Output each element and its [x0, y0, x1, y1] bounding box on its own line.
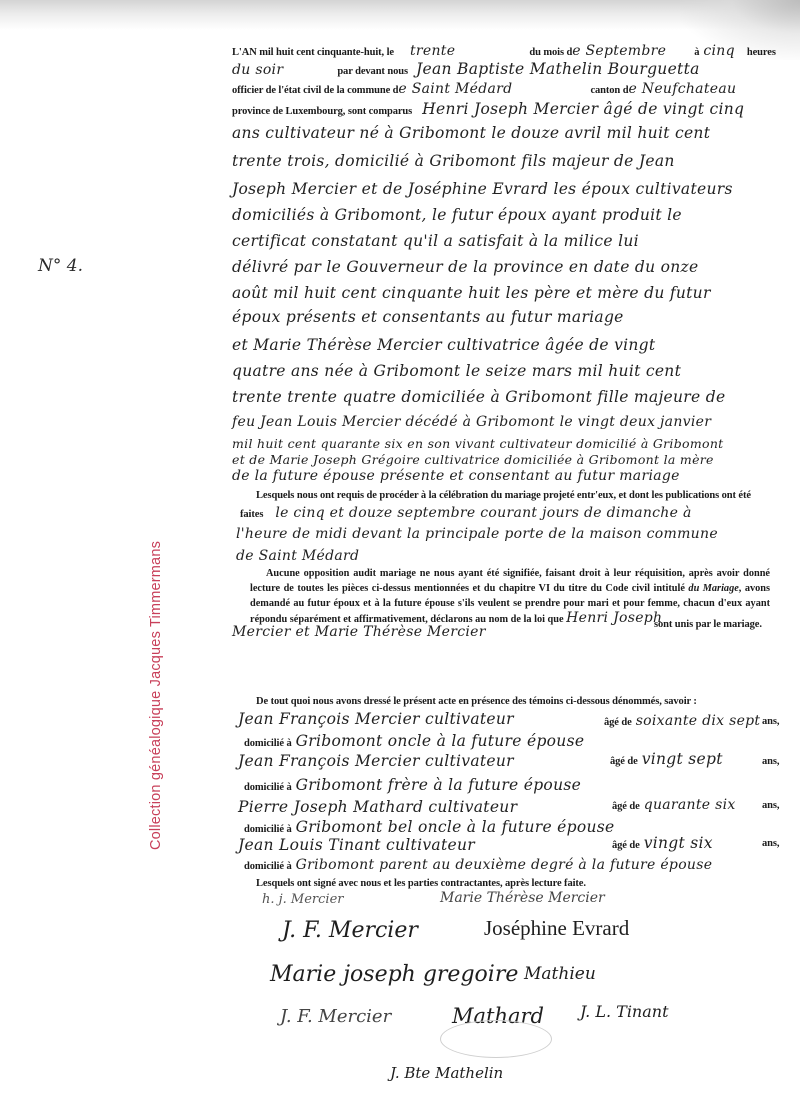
printed-text: par devant nous	[337, 66, 408, 77]
handwritten-age: vingt sept	[642, 750, 723, 768]
witness-domicile: domicilié à Gribomont bel oncle à la fut…	[244, 818, 614, 837]
signature: Mathieu	[524, 964, 596, 984]
printed-text: faites	[240, 509, 263, 520]
handwritten-domicile: Gribomont bel oncle à la future épouse	[296, 818, 615, 836]
witness-age: âgé de soixante dix sept	[604, 712, 760, 730]
witness-name: Jean François Mercier cultivateur	[238, 752, 514, 770]
printed-text: canton d	[590, 85, 628, 96]
body-line: époux présents et consentants au futur m…	[232, 308, 624, 326]
printed-text: domicilié à	[244, 861, 292, 872]
witness-domicile: domicilié à Gribomont oncle à la future …	[244, 732, 584, 751]
body-line: et de Marie Joseph Grégoire cultivatrice…	[232, 452, 714, 467]
handwritten-canton: e Neufchateau	[628, 81, 736, 97]
handwritten-text: le cinq et douze septembre courant jours…	[275, 505, 691, 521]
body-line: trente trente quatre domiciliée à Gribom…	[232, 388, 725, 406]
signature: Joséphine Evrard	[484, 916, 629, 941]
printed-text: sont unis par le mariage.	[654, 619, 762, 630]
body-line: délivré par le Gouverneur de la province…	[232, 258, 699, 276]
witness-name: Pierre Joseph Mathard cultivateur	[238, 798, 517, 816]
printed-text: âgé de	[612, 840, 640, 851]
signature: h. j. Mercier	[262, 892, 344, 907]
witness-name: Jean François Mercier cultivateur	[238, 710, 514, 728]
signature: J. Bte Mathelin	[390, 1064, 503, 1082]
printed-text: âgé de	[612, 801, 640, 812]
printed-text: âgé de	[604, 717, 632, 728]
closing-statement: Lesquels ont signé avec nous et les part…	[256, 878, 586, 889]
body-line: certificat constatant qu'il a satisfait …	[232, 232, 639, 250]
handwritten-commune: e Saint Médard	[398, 81, 512, 97]
header-line-3: officier de l'état civil de la commune d…	[232, 80, 736, 98]
handwritten-groom: Henri Joseph Mercier âgé de vingt cinq	[422, 100, 744, 118]
printed-text: du Mariage	[688, 583, 738, 594]
witness-name: Jean Louis Tinant cultivateur	[238, 836, 475, 854]
printed-text: officier de l'état civil de la commune d	[232, 85, 398, 96]
handwritten-officer: Jean Baptiste Mathelin Bourguetta	[416, 60, 700, 78]
handwritten-month: e Septembre	[572, 43, 666, 59]
publications-line-1: faites le cinq et douze septembre couran…	[240, 504, 692, 522]
handwritten-domicile: Gribomont parent au deuxième degré à la …	[296, 857, 713, 873]
handwritten-couple-names: Mercier et Marie Thérèse Mercier	[232, 624, 486, 640]
handwritten-domicile: Gribomont frère à la future épouse	[296, 776, 581, 794]
body-line: quatre ans née à Gribomont le seize mars…	[232, 362, 681, 380]
witnesses-intro: De tout quoi nous avons dressé le présen…	[256, 696, 697, 707]
signature: Marie Thérèse Mercier	[440, 890, 605, 906]
signature: J. F. Mercier	[280, 1006, 391, 1027]
witness-age: âgé de quarante six	[612, 796, 736, 814]
paraph-flourish	[440, 1020, 552, 1058]
handwritten-age: quarante six	[644, 797, 736, 813]
body-line: trente trois, domicilié à Gribomont fils…	[232, 152, 675, 170]
witness-age: âgé de vingt six	[612, 834, 713, 853]
printed-text: âgé de	[610, 756, 638, 767]
body-line: août mil huit cent cinquante huit les pè…	[232, 284, 711, 302]
printed-text: domicilié à	[244, 738, 292, 749]
handwritten-domicile: Gribomont oncle à la future épouse	[296, 732, 585, 750]
printed-text: ans,	[762, 838, 779, 849]
handwritten-age: soixante dix sept	[636, 713, 761, 729]
printed-text: domicilié à	[244, 782, 292, 793]
signature: Marie joseph gregoire	[270, 962, 518, 987]
handwritten-text: de Saint Médard	[236, 548, 359, 564]
handwritten-time: du soir	[232, 62, 283, 78]
record-number: N° 4.	[38, 256, 83, 276]
body-line: feu Jean Louis Mercier décédé à Gribomon…	[232, 414, 711, 430]
handwritten-age: vingt six	[644, 834, 713, 852]
body-line: mil huit cent quarante six en son vivant…	[232, 436, 724, 451]
printed-text: heures	[747, 47, 776, 58]
header-line-2: du soir par devant nous Jean Baptiste Ma…	[232, 60, 700, 79]
body-line: et Marie Thérèse Mercier cultivatrice âg…	[232, 336, 655, 354]
watermark: Collection généalogique Jacques Timmerma…	[148, 541, 164, 850]
printed-text: ans,	[762, 756, 779, 767]
witness-domicile: domicilié à Gribomont frère à la future …	[244, 776, 581, 795]
header-line-4: province de Luxembourg, sont comparus He…	[232, 100, 744, 119]
handwritten-hour: cinq	[703, 43, 735, 59]
header-line-1: L'AN mil huit cent cinquante-huit, le tr…	[232, 42, 776, 60]
signature: J. F. Mercier	[282, 918, 418, 943]
body-line: domiciliés à Gribomont, le futur époux a…	[232, 206, 682, 224]
declaration-paragraph: Aucune opposition audit mariage ne nous …	[250, 566, 770, 627]
body-line: Joseph Mercier et de Joséphine Evrard le…	[232, 180, 733, 198]
printed-text: ans,	[762, 716, 779, 727]
printed-text: domicilié à	[244, 824, 292, 835]
handwritten-groom-name: Henri Joseph	[566, 610, 662, 626]
signature: J. L. Tinant	[580, 1002, 669, 1021]
printed-text: du mois d	[529, 47, 572, 58]
printed-text: ans,	[762, 800, 779, 811]
publications-printed: Lesquels nous ont requis de procéder à l…	[256, 490, 751, 501]
printed-text: L'AN mil huit cent cinquante-huit, le	[232, 47, 394, 58]
witness-domicile: domicilié à Gribomont parent au deuxième…	[244, 856, 712, 874]
printed-text: à	[694, 47, 699, 58]
body-line: de la future épouse présente et consenta…	[232, 468, 680, 484]
body-line: ans cultivateur né à Gribomont le douze …	[232, 124, 710, 142]
witness-age: âgé de vingt sept	[610, 750, 723, 769]
handwritten-day: trente	[410, 43, 455, 59]
printed-text: province de Luxembourg, sont comparus	[232, 106, 412, 117]
handwritten-text: l'heure de midi devant la principale por…	[236, 526, 718, 542]
